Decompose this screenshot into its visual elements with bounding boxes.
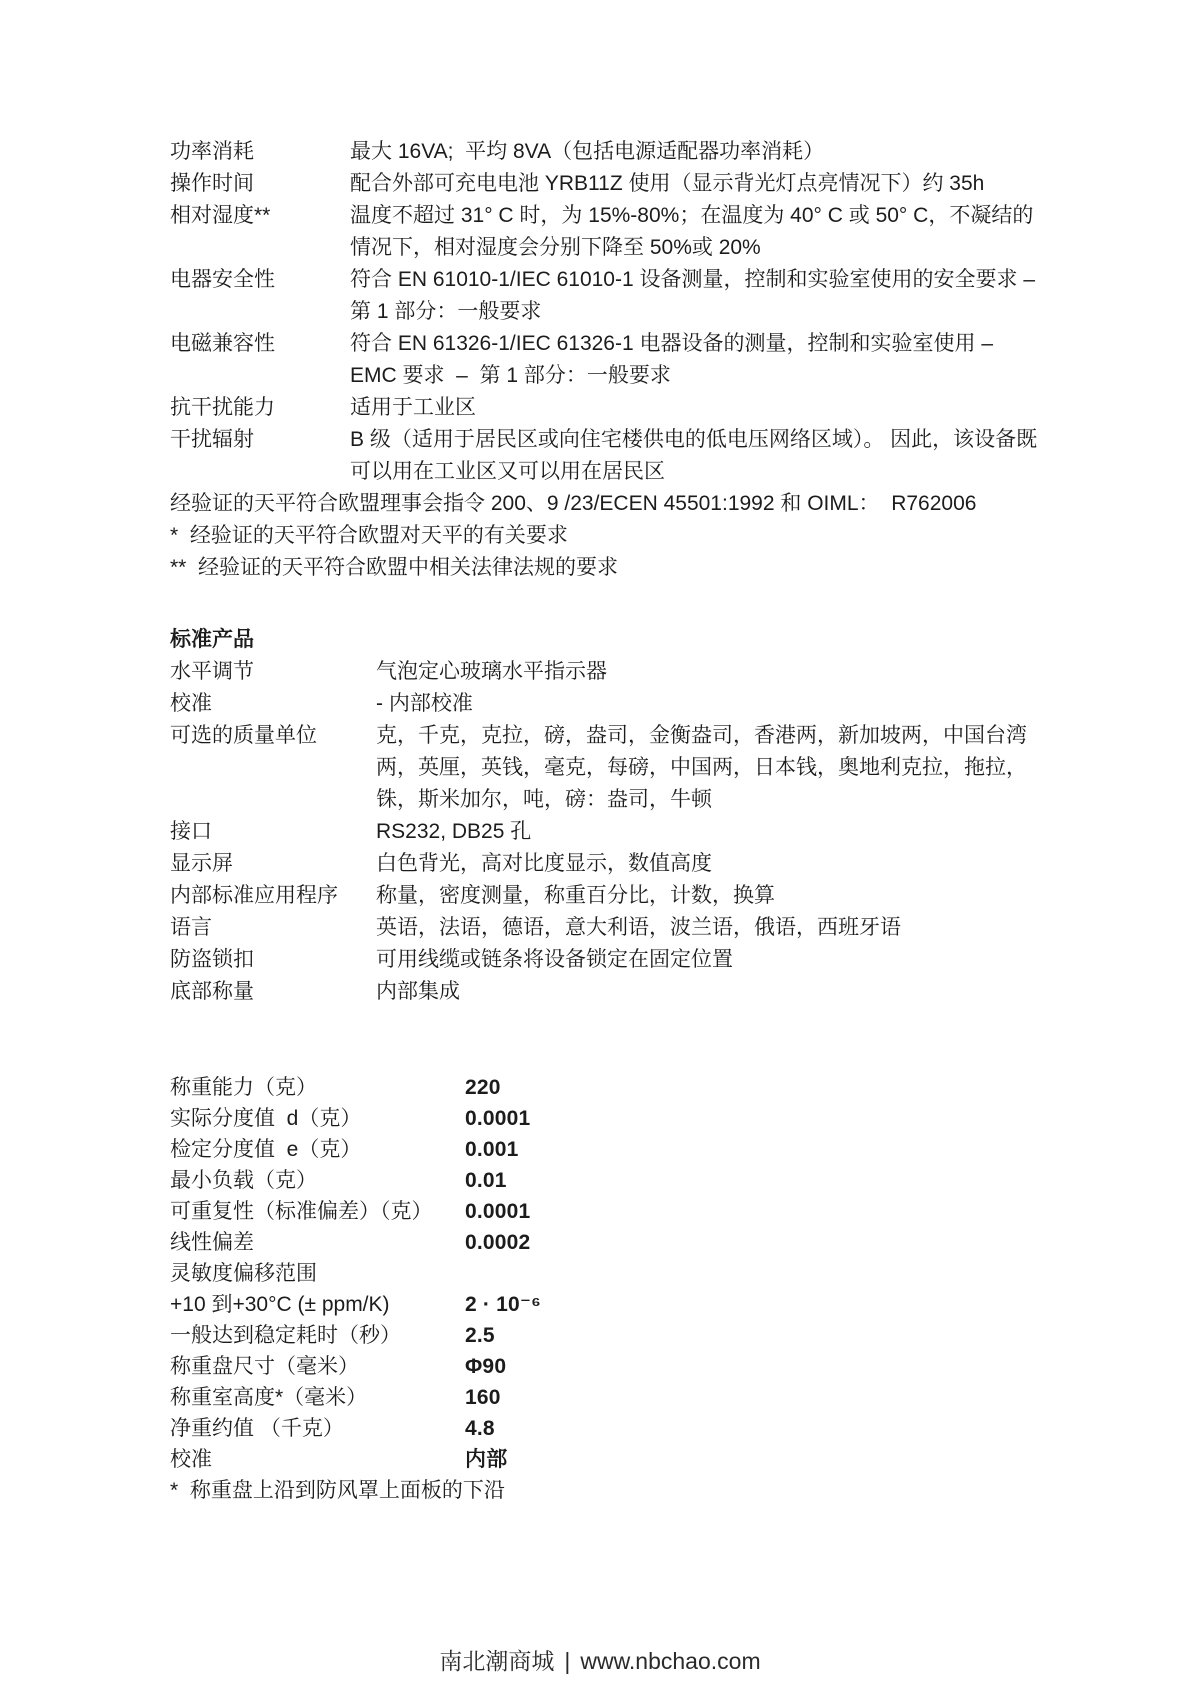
spec-row: 净重约值 （千克） 4.8	[170, 1413, 1042, 1444]
table-footnote: * 称重盘上沿到防风罩上面板的下沿	[170, 1475, 1042, 1506]
spec-label: 接口	[170, 816, 376, 848]
spec-value: 气泡定心玻璃水平指示器	[376, 656, 1042, 688]
spec-label: 防盗锁扣	[170, 944, 376, 976]
footer-separator: |	[564, 1648, 570, 1674]
spec-label: 实际分度值 d（克）	[170, 1103, 465, 1134]
spec-value: 0.0001	[465, 1196, 1042, 1227]
spec-row: 灵敏度偏移范围	[170, 1258, 1042, 1289]
spec-value: 内部	[465, 1444, 1042, 1475]
spec-value: 英语，法语，德语，意大利语，波兰语，俄语，西班牙语	[376, 912, 1042, 944]
spec-row: +10 到+30°C (± ppm/K) 2 · 10⁻⁶	[170, 1289, 1042, 1320]
standard-product-heading: 标准产品	[170, 624, 1042, 656]
spec-table-metrology: 称重能力（克） 220 实际分度值 d（克） 0.0001 检定分度值 e（克）…	[170, 1072, 1042, 1475]
spec-value: 4.8	[465, 1413, 1042, 1444]
spec-row: 接口 RS232, DB25 孔	[170, 816, 1042, 848]
spec-row: 显示屏 白色背光，高对比度显示，数值高度	[170, 848, 1042, 880]
document-page: { "page": { "background": "#ffffff", "te…	[0, 0, 1200, 1697]
page-footer: 南北潮商城|www.nbchao.com	[0, 1645, 1200, 1677]
spec-label: 线性偏差	[170, 1227, 465, 1258]
spec-label: 电器安全性	[170, 264, 350, 328]
spec-value	[465, 1258, 1042, 1289]
spec-row: 底部称量 内部集成	[170, 976, 1042, 1008]
spec-value: - 内部校准	[376, 688, 1042, 720]
spec-label: 称重能力（克）	[170, 1072, 465, 1103]
spec-row: 可重复性（标准偏差）（克） 0.0001	[170, 1196, 1042, 1227]
spec-value: 2.5	[465, 1320, 1042, 1351]
spec-label: 称重盘尺寸（毫米）	[170, 1351, 465, 1382]
spec-row: 水平调节 气泡定心玻璃水平指示器	[170, 656, 1042, 688]
spec-value: 最大 16VA; 平均 8VA（包括电源适配器功率消耗）	[350, 136, 1042, 168]
spec-row: 电器安全性 符合 EN 61010-1/IEC 61010-1 设备测量，控制和…	[170, 264, 1042, 328]
spec-label: 功率消耗	[170, 136, 350, 168]
spec-label: 抗干扰能力	[170, 392, 350, 424]
spec-label: 净重约值 （千克）	[170, 1413, 465, 1444]
spec-label: 相对湿度**	[170, 200, 350, 264]
spec-label: 可重复性（标准偏差）（克）	[170, 1196, 465, 1227]
spec-label: 一般达到稳定耗时（秒）	[170, 1320, 465, 1351]
spec-list-general: 功率消耗 最大 16VA; 平均 8VA（包括电源适配器功率消耗） 操作时间 配…	[170, 136, 1042, 488]
spec-row: 防盗锁扣 可用线缆或链条将设备锁定在固定位置	[170, 944, 1042, 976]
spec-label: +10 到+30°C (± ppm/K)	[170, 1289, 465, 1320]
spec-value: 0.0001	[465, 1103, 1042, 1134]
spec-label: 灵敏度偏移范围	[170, 1258, 465, 1289]
spec-value: 适用于工业区	[350, 392, 1042, 424]
spec-row: 抗干扰能力 适用于工业区	[170, 392, 1042, 424]
spec-row: 线性偏差 0.0002	[170, 1227, 1042, 1258]
spec-label: 语言	[170, 912, 376, 944]
spec-label: 显示屏	[170, 848, 376, 880]
spec-value: 220	[465, 1072, 1042, 1103]
page-content: 功率消耗 最大 16VA; 平均 8VA（包括电源适配器功率消耗） 操作时间 配…	[170, 136, 1042, 1506]
spec-value: Φ90	[465, 1351, 1042, 1382]
footer-url-link[interactable]: www.nbchao.com	[580, 1648, 760, 1674]
spec-label: 最小负载（克）	[170, 1165, 465, 1196]
spec-label: 检定分度值 e（克）	[170, 1134, 465, 1165]
spec-row: 操作时间 配合外部可充电电池 YRB11Z 使用（显示背光灯点亮情况下）约 35…	[170, 168, 1042, 200]
spec-row: 一般达到稳定耗时（秒） 2.5	[170, 1320, 1042, 1351]
spec-label: 校准	[170, 688, 376, 720]
spec-value: 称量，密度测量，称重百分比，计数，换算	[376, 880, 1042, 912]
spec-list-standard-product: 水平调节 气泡定心玻璃水平指示器 校准 - 内部校准 可选的质量单位 克，千克，…	[170, 656, 1042, 1008]
spec-label: 称重室高度*（毫米）	[170, 1382, 465, 1413]
spec-row: 最小负载（克） 0.01	[170, 1165, 1042, 1196]
spec-row: 校准 内部	[170, 1444, 1042, 1475]
spec-row: 实际分度值 d（克） 0.0001	[170, 1103, 1042, 1134]
spec-label: 操作时间	[170, 168, 350, 200]
spec-value: 可用线缆或链条将设备锁定在固定位置	[376, 944, 1042, 976]
spec-label: 底部称量	[170, 976, 376, 1008]
spec-value: 符合 EN 61326-1/IEC 61326-1 电器设备的测量，控制和实验室…	[350, 328, 1042, 392]
note-line: 经验证的天平符合欧盟理事会指令 200、9 /23/ECEN 45501:199…	[170, 488, 1042, 520]
spec-row: 电磁兼容性 符合 EN 61326-1/IEC 61326-1 电器设备的测量，…	[170, 328, 1042, 392]
spec-label: 电磁兼容性	[170, 328, 350, 392]
spec-row: 相对湿度** 温度不超过 31° C 时，为 15%-80%；在温度为 40° …	[170, 200, 1042, 264]
spec-label: 干扰辐射	[170, 424, 350, 488]
spec-row: 检定分度值 e（克） 0.001	[170, 1134, 1042, 1165]
spec-row: 校准 - 内部校准	[170, 688, 1042, 720]
spec-row: 干扰辐射 B 级（适用于居民区或向住宅楼供电的低电压网络区域）。 因此，该设备既…	[170, 424, 1042, 488]
compliance-notes: 经验证的天平符合欧盟理事会指令 200、9 /23/ECEN 45501:199…	[170, 488, 1042, 584]
spec-value: 符合 EN 61010-1/IEC 61010-1 设备测量，控制和实验室使用的…	[350, 264, 1042, 328]
spec-value: B 级（适用于居民区或向住宅楼供电的低电压网络区域）。 因此，该设备既可以用在工…	[350, 424, 1042, 488]
spec-row: 功率消耗 最大 16VA; 平均 8VA（包括电源适配器功率消耗）	[170, 136, 1042, 168]
spec-value: 克，千克，克拉，磅，盎司，金衡盎司，香港两，新加坡两，中国台湾两，英厘，英钱，毫…	[376, 720, 1042, 816]
spec-value: RS232, DB25 孔	[376, 816, 1042, 848]
spec-label: 水平调节	[170, 656, 376, 688]
spec-label: 校准	[170, 1444, 465, 1475]
spec-value: 0.01	[465, 1165, 1042, 1196]
footer-site-name: 南北潮商城	[439, 1648, 554, 1674]
spec-value: 内部集成	[376, 976, 1042, 1008]
spec-value: 2 · 10⁻⁶	[465, 1289, 1042, 1320]
spec-value: 温度不超过 31° C 时，为 15%-80%；在温度为 40° C 或 50°…	[350, 200, 1042, 264]
spec-row: 称重盘尺寸（毫米） Φ90	[170, 1351, 1042, 1382]
spec-value: 160	[465, 1382, 1042, 1413]
note-line: * 经验证的天平符合欧盟对天平的有关要求	[170, 520, 1042, 552]
spec-label: 可选的质量单位	[170, 720, 376, 816]
spec-value: 0.001	[465, 1134, 1042, 1165]
spec-row: 语言 英语，法语，德语，意大利语，波兰语，俄语，西班牙语	[170, 912, 1042, 944]
spec-label: 内部标准应用程序	[170, 880, 376, 912]
note-line: ** 经验证的天平符合欧盟中相关法律法规的要求	[170, 552, 1042, 584]
spec-row: 内部标准应用程序 称量，密度测量，称重百分比，计数，换算	[170, 880, 1042, 912]
spec-row: 称重室高度*（毫米） 160	[170, 1382, 1042, 1413]
spec-row: 可选的质量单位 克，千克，克拉，磅，盎司，金衡盎司，香港两，新加坡两，中国台湾两…	[170, 720, 1042, 816]
spec-row: 称重能力（克） 220	[170, 1072, 1042, 1103]
spec-value: 白色背光，高对比度显示，数值高度	[376, 848, 1042, 880]
spec-value: 0.0002	[465, 1227, 1042, 1258]
spec-value: 配合外部可充电电池 YRB11Z 使用（显示背光灯点亮情况下）约 35h	[350, 168, 1042, 200]
